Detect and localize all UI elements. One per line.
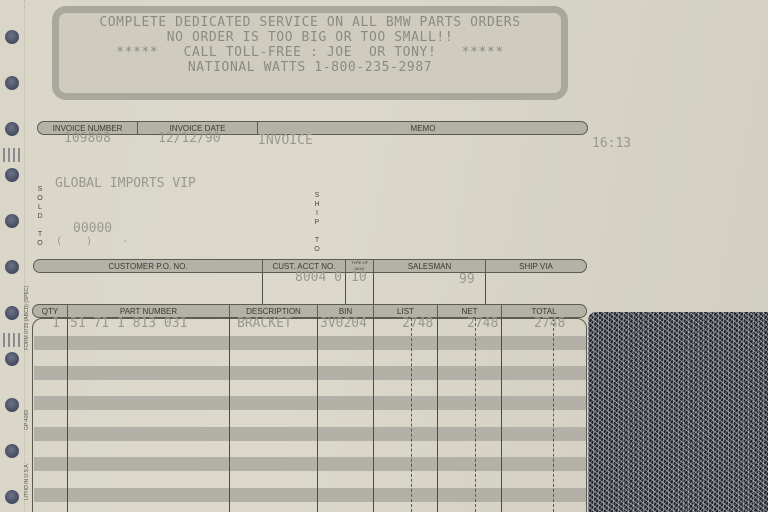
decimal-divider	[475, 318, 476, 512]
banner-line-4: NATIONAL WATTS 1-800-235-2987	[59, 60, 561, 75]
column-divider	[229, 318, 230, 512]
cust-acct-value: 8004 0	[295, 270, 342, 285]
customer-po-label: CUSTOMER P.O. NO.	[34, 260, 263, 272]
form-code-text: GP-4069	[24, 410, 30, 430]
sold-to-label: SOLDTO	[36, 185, 44, 248]
invoice-number-value: 109808	[64, 131, 111, 146]
promo-banner: COMPLETE DEDICATED SERVICE ON ALL BMW PA…	[52, 6, 568, 100]
feed-hole	[5, 30, 19, 44]
part-number-cell: 51 71 1 813 031	[70, 316, 187, 331]
perforation-line	[24, 0, 26, 512]
feed-hole	[5, 122, 19, 136]
column-divider	[437, 318, 438, 512]
divider	[373, 273, 374, 305]
divider	[345, 273, 346, 305]
total-cell: 2748	[534, 316, 565, 331]
ship-to-label: SHIPTO	[313, 191, 321, 254]
column-divider	[501, 318, 502, 512]
sold-to-phone: ( ) -	[56, 236, 128, 247]
registration-mark	[3, 148, 21, 162]
decimal-divider	[553, 318, 554, 512]
salesman-value: 99	[459, 272, 475, 287]
registration-mark	[3, 333, 21, 347]
divider	[262, 273, 263, 305]
bin-cell: 3V0204	[320, 316, 367, 331]
type-of-sale-value: 10	[351, 270, 367, 285]
feed-hole	[5, 444, 19, 458]
memo-value: INVOICE	[258, 133, 313, 148]
description-cell: BRACKET	[237, 316, 292, 331]
litho-text: LITHO IN U.S.A.	[24, 463, 30, 500]
feed-hole	[5, 260, 19, 274]
col-qty: QTY	[33, 305, 68, 317]
feed-hole	[5, 490, 19, 504]
ship-via-label: SHIP VIA	[486, 260, 586, 272]
banner-line-3: ***** CALL TOLL-FREE : JOE OR TONY! ****…	[59, 45, 561, 60]
column-divider	[67, 318, 68, 512]
feed-hole	[5, 168, 19, 182]
qty-cell: 1	[52, 316, 60, 331]
column-divider	[317, 318, 318, 512]
divider	[485, 273, 486, 305]
salesman-label: SALESMAN	[374, 260, 486, 272]
sold-to-zip: 00000	[73, 221, 112, 236]
feed-hole	[5, 352, 19, 366]
sold-to-name: GLOBAL IMPORTS VIP	[55, 176, 196, 191]
feed-hole	[5, 76, 19, 90]
form-number-text: FORM 0725 (ABCD) (SPEC)	[24, 286, 30, 350]
banner-line-1: COMPLETE DEDICATED SERVICE ON ALL BMW PA…	[59, 15, 561, 30]
list-cell: 2748	[402, 316, 433, 331]
invoice-date-value: 12/12/90	[158, 131, 221, 146]
invoice-paper: FORM 0725 (ABCD) (SPEC) GP-4069 LITHO IN…	[0, 0, 768, 512]
column-divider	[373, 318, 374, 512]
feed-hole	[5, 398, 19, 412]
banner-line-2: NO ORDER IS TOO BIG OR TOO SMALL!!	[59, 30, 561, 45]
security-pattern-block	[588, 312, 768, 512]
feed-hole	[5, 306, 19, 320]
decimal-divider	[411, 318, 412, 512]
feed-hole	[5, 214, 19, 228]
time-value: 16:13	[592, 136, 631, 151]
net-cell: 2748	[467, 316, 498, 331]
